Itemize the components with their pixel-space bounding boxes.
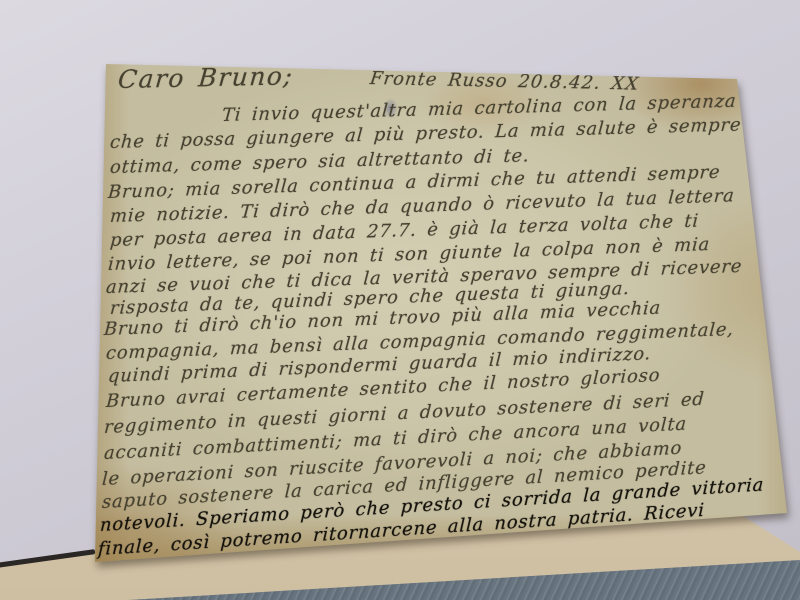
postcard-salutation: Caro Bruno; bbox=[117, 66, 294, 90]
photo-of-postcard: Caro Bruno; Fronte Russo 20.8.42. XX Ti … bbox=[0, 0, 800, 600]
postcard-dateline: Fronte Russo 20.8.42. XX bbox=[369, 69, 641, 95]
postcard-paper: Caro Bruno; Fronte Russo 20.8.42. XX Ti … bbox=[94, 64, 800, 564]
postcard: Caro Bruno; Fronte Russo 20.8.42. XX Ti … bbox=[0, 0, 800, 600]
